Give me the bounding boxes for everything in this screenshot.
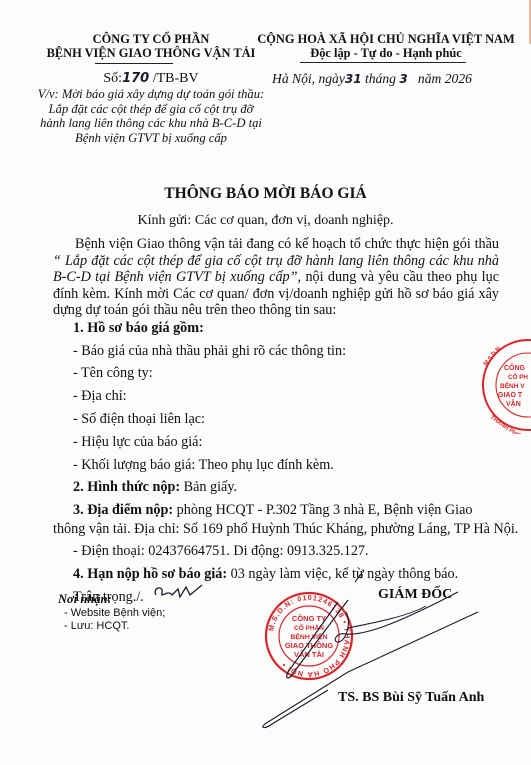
greeting: Kính gửi: Các cơ quan, đơn vị, doanh ngh…: [0, 213, 531, 229]
section-3: 3. Địa điểm nộp: phòng HCQT - P.302 Tầng…: [73, 502, 472, 519]
national-title: CỘNG HOÀ XÃ HỘI CHỦ NGHĨA VIỆT NAM: [246, 32, 526, 46]
date-year: năm 2026: [418, 71, 472, 86]
section-1-heading: 1. Hồ sơ báo giá gồm:: [73, 320, 204, 337]
doc-number-prefix: Số:: [103, 71, 122, 86]
signatory-name: TS. BS Bùi Sỹ Tuấn Anh: [338, 690, 484, 706]
document-number: Số:170 /TB-BV: [36, 70, 266, 87]
section-1-item: - Số điện thoại liên lạc:: [73, 411, 205, 428]
section-3-phone: - Điện thoại: 02437664751. Di động: 0913…: [73, 543, 369, 560]
date-month-label: tháng: [365, 71, 396, 86]
date-prefix: Hà Nội, ngày: [272, 71, 345, 86]
section-3-heading: 3. Địa điểm nộp:: [73, 502, 173, 518]
section-4-heading: 4. Hạn nộp hồ sơ báo giá:: [73, 566, 227, 582]
svg-text:GIAO T: GIAO T: [498, 392, 523, 399]
doc-number-suffix: /TB-BV: [153, 71, 199, 86]
section-2-value: Bản giấy.: [180, 479, 237, 495]
section-1-item: - Hiệu lực của báo giá:: [73, 434, 202, 451]
org-line-1: CÔNG TY CỔ PHẦN: [36, 32, 266, 46]
document-title: THÔNG BÁO MỜI BÁO GIÁ: [0, 185, 531, 203]
svg-text:CÔNG: CÔNG: [504, 363, 526, 372]
org-underline: [95, 63, 173, 64]
edge-seal-icon: CÔNG CỔ PH BỆNH V GIAO T VẬN M.S.D.N THÀ…: [478, 336, 531, 434]
motto-underline: [300, 62, 466, 63]
svg-text:CỔ PH: CỔ PH: [508, 372, 528, 381]
section-2-heading: 2. Hình thức nộp:: [73, 479, 180, 495]
section-2: 2. Hình thức nộp: Bản giấy.: [73, 479, 237, 496]
svg-text:THÀNH PHỐ: THÀNH PHỐ: [489, 414, 523, 434]
svg-text:BỆNH V: BỆNH V: [500, 381, 525, 390]
doc-number-handwritten: 170: [122, 71, 149, 86]
section-1-item: - Khối lượng báo giá: Theo phụ lục đính …: [73, 457, 334, 474]
document-page: CÔNG TY CỔ PHẦN BỆNH VIỆN GIAO THÔNG VẬN…: [0, 0, 531, 765]
initials-signature: [150, 583, 210, 603]
date-month-handwritten: 3: [399, 72, 407, 86]
director-signature: [228, 572, 528, 752]
section-3-value-cont: thông vận tải. Địa chỉ: Số 169 phố Huỳnh…: [53, 521, 518, 538]
section-1-item: - Địa chỉ:: [73, 388, 127, 405]
organization-name: CÔNG TY CỔ PHẦN BỆNH VIỆN GIAO THÔNG VẬN…: [36, 32, 266, 60]
section-3-value: phòng HCQT - P.302 Tầng 3 nhà E, Bệnh vi…: [173, 502, 472, 518]
recipient-item: - Website Bệnh viện;: [64, 607, 165, 619]
org-line-2: BỆNH VIỆN GIAO THÔNG VẬN TẢI: [36, 46, 266, 60]
section-1-item: - Báo giá của nhà thầu phải ghi rõ các t…: [73, 343, 346, 360]
section-1-item: - Tên công ty:: [73, 365, 153, 382]
date-line: Hà Nội, ngày31 tháng 3 năm 2026: [272, 70, 472, 88]
intro-paragraph: Bệnh viện Giao thông vận tải đang có kế …: [53, 236, 499, 319]
intro-text: Bệnh viện Giao thông vận tải đang có kế …: [75, 236, 499, 252]
svg-text:VẬN: VẬN: [506, 399, 521, 408]
recipient-item: - Lưu: HCQT.: [64, 620, 129, 632]
document-subject: V/v: Mời báo giá xây dựng dự toán gói th…: [36, 87, 266, 145]
date-day-handwritten: 31: [345, 72, 362, 86]
recipients-title: Nơi nhận:: [58, 592, 112, 607]
svg-text:M.S.D.N: M.S.D.N: [483, 346, 502, 367]
national-motto: Độc lập - Tự do - Hạnh phúc: [246, 46, 526, 60]
